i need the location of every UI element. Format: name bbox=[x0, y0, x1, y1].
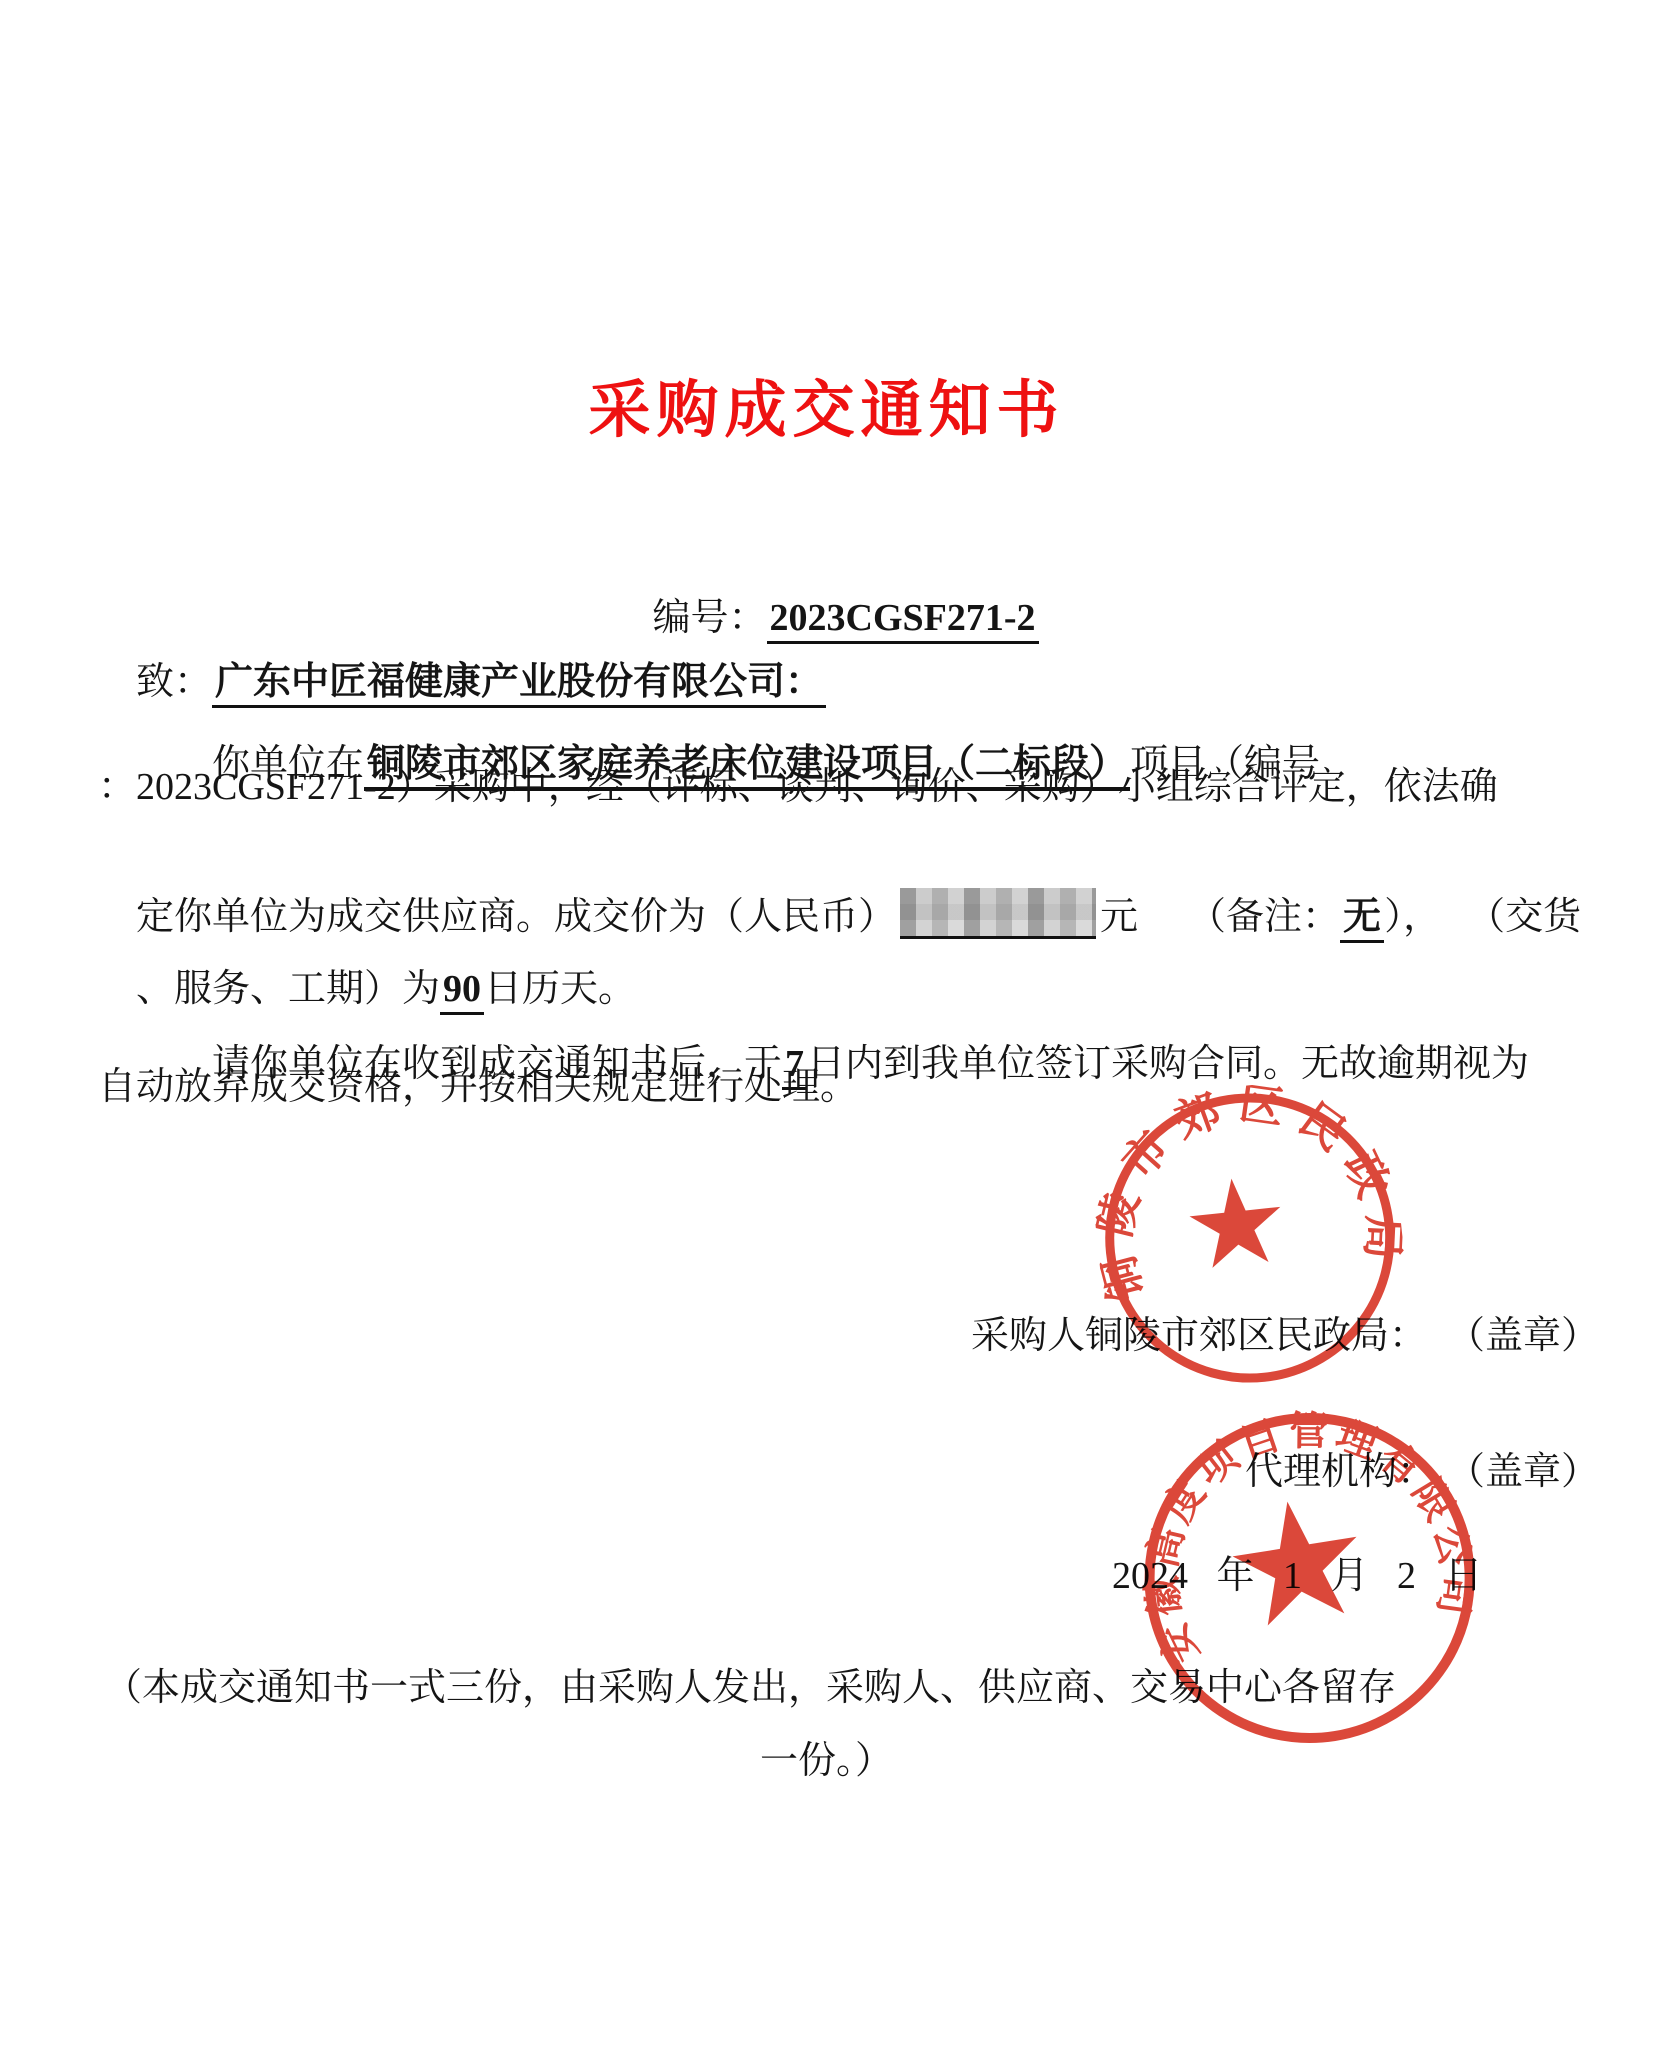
page-title: 采购成交通知书 bbox=[0, 385, 1653, 437]
currency-label: 元 bbox=[1100, 896, 1138, 938]
note-pre: （备注： bbox=[1188, 896, 1340, 938]
seal-circular-text: 铜陵市郊区民政局 bbox=[1083, 1071, 1414, 1308]
body-line-3-post: （交货 bbox=[1467, 896, 1581, 938]
purchaser-seal-hint: （盖章） bbox=[1447, 1315, 1599, 1357]
star-icon bbox=[1225, 1492, 1368, 1630]
agency-official-seal: 安徽高度项目管理有限公司 bbox=[1109, 1378, 1510, 1783]
purchaser-seal-graphic: 铜陵市郊区民政局 bbox=[1083, 1071, 1417, 1405]
seal-circular-text: 安徽高度项目管理有限公司 bbox=[1115, 1383, 1488, 1674]
star-icon bbox=[1186, 1174, 1286, 1270]
document-page: 采购成交通知书 编号：2023CGSF271-2 致：广东中匠福健康产业股份有限… bbox=[0, 0, 1653, 2067]
note-value: 无 bbox=[1340, 896, 1384, 943]
redacted-price-block bbox=[900, 888, 1096, 939]
body-line-6: 自动放弃成交资格，并按相关规定进行处理。 bbox=[98, 1061, 858, 1113]
note-post: ）， bbox=[1384, 896, 1441, 938]
agency-seal-graphic: 安徽高度项目管理有限公司 bbox=[1109, 1378, 1509, 1778]
purchaser-official-seal: 铜陵市郊区民政局 bbox=[1083, 1071, 1418, 1410]
body-line-5-post: 日内到我单位签订采购合同。无故逾期视为 bbox=[807, 1043, 1529, 1085]
body-line-2: ：2023CGSF271-2）采购中，经（评标、谈判、询价、采购）小组综合评定，… bbox=[98, 761, 1498, 813]
